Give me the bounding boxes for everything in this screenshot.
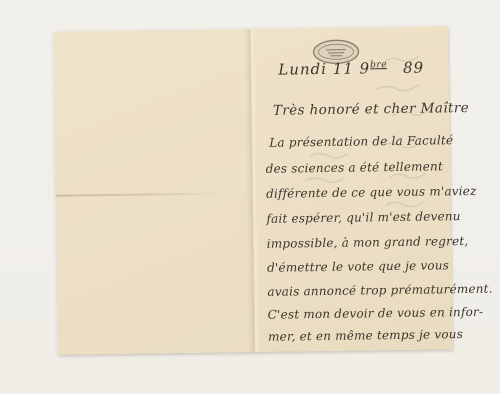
center-fold-crease [244,29,261,352]
body-line: impossible, à mon grand regret, [267,234,469,251]
body-line: La présentation de la Faculté [269,133,453,150]
body-line: d'émettre le vote que je vous [267,258,449,275]
date-superscript: bre [370,60,387,70]
date-year: 89 [403,59,424,77]
date-line: Lundi 11 9bre89 [278,59,424,79]
body-line: des sciences a été tellement [266,159,443,175]
salutation: Très honoré et cher Maître [273,100,469,119]
date-prefix: Lundi 11 9 [278,59,370,78]
body-line: fait espérer, qu'il m'est devenu [266,209,460,226]
body-line: C'est mon devoir de vous en infor- [268,305,484,322]
scan-background: Lundi 11 9bre89 Très honoré et cher Maît… [0,0,500,394]
body-line: mer, et en même temps je vous [268,327,463,344]
letter-paper: Lundi 11 9bre89 Très honoré et cher Maît… [54,26,452,354]
body-line: différente de ce que vous m'aviez [266,184,477,201]
horizontal-fold-crease [56,192,226,196]
body-line: avais annoncé trop prématurément. [267,282,492,299]
